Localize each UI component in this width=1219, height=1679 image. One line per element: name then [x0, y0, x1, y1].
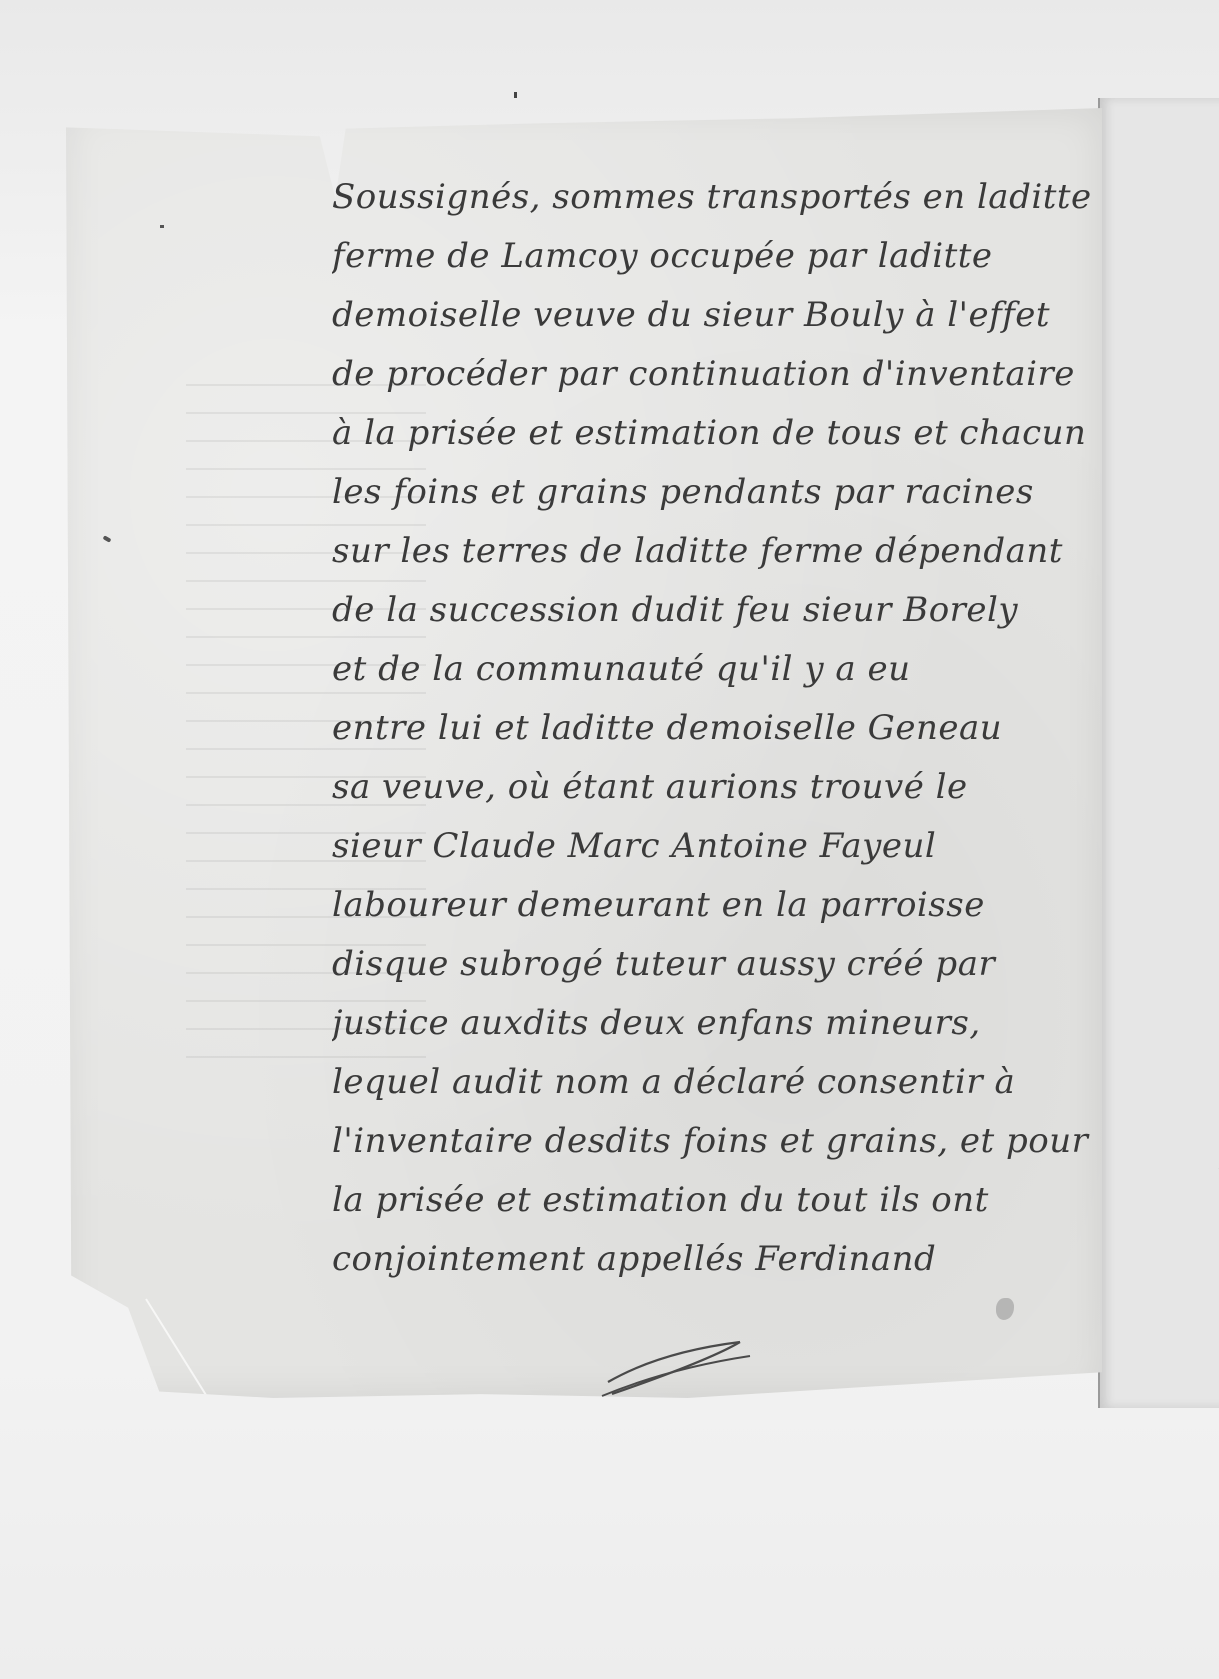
ink-speck [514, 92, 517, 98]
text-line: à la prisée et estimation de tous et cha… [332, 404, 1112, 463]
paraph-flourish-icon [600, 1338, 760, 1398]
text-line: de procéder par continuation d'inventair… [332, 345, 1112, 404]
text-line: de la succession dudit feu sieur Borely [332, 581, 1112, 640]
text-line: sur les terres de laditte ferme dépendan… [332, 522, 1112, 581]
text-line: sieur Claude Marc Antoine Fayeul [332, 817, 1112, 876]
text-line: lequel audit nom a déclaré consentir à [332, 1053, 1112, 1112]
text-line: laboureur demeurant en la parroisse [332, 876, 1112, 935]
adjacent-page-edge: ‹ [1098, 98, 1219, 1408]
text-line: disque subrogé tuteur aussy créé par [332, 935, 1112, 994]
text-line: la prisée et estimation du tout ils ont [332, 1171, 1112, 1230]
text-line: conjointement appellés Ferdinand [332, 1230, 1112, 1289]
manuscript-text: Soussignés, sommes transportés en laditt… [332, 168, 1112, 1289]
text-line: Soussignés, sommes transportés en laditt… [332, 168, 1112, 227]
text-line: demoiselle veuve du sieur Bouly à l'effe… [332, 286, 1112, 345]
ink-speck [160, 225, 164, 228]
text-line: entre lui et laditte demoiselle Geneau [332, 699, 1112, 758]
text-line: sa veuve, où étant aurions trouvé le [332, 758, 1112, 817]
text-line: ferme de Lamcoy occupée par laditte [332, 227, 1112, 286]
text-line: les foins et grains pendants par racines [332, 463, 1112, 522]
text-line: et de la communauté qu'il y a eu [332, 640, 1112, 699]
text-line: justice auxdits deux enfans mineurs, [332, 994, 1112, 1053]
text-line: l'inventaire desdits foins et grains, et… [332, 1112, 1112, 1171]
